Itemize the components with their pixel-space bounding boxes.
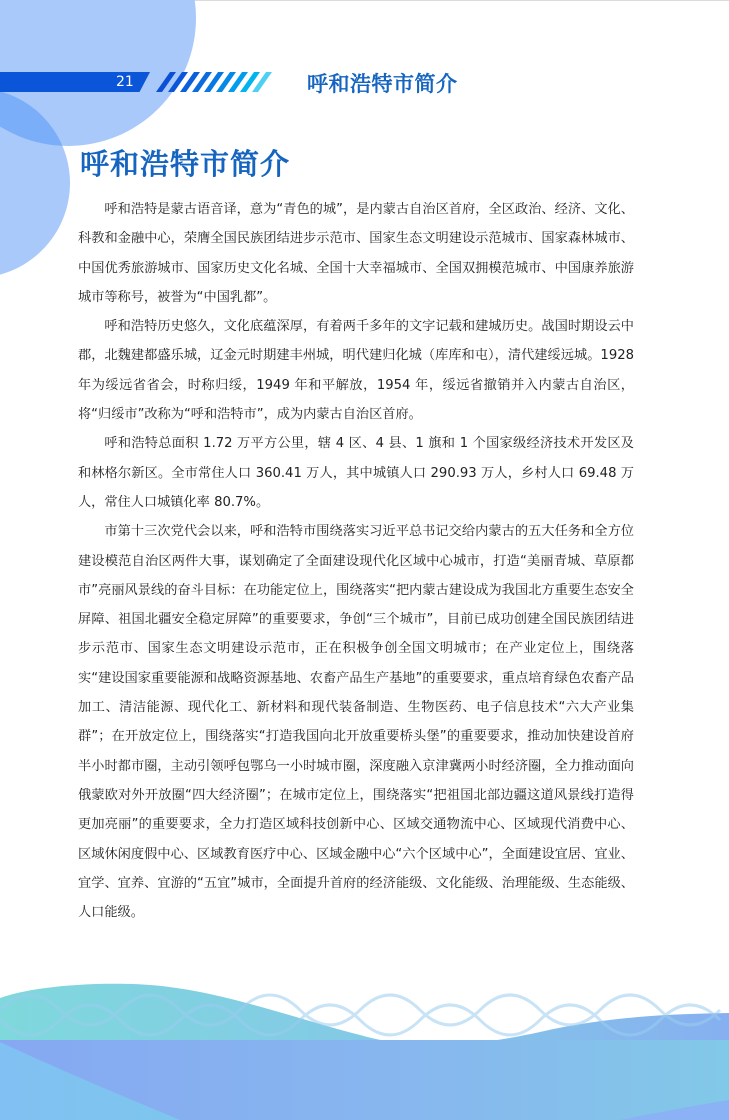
paragraph-population: 呼和浩特总面积 1.72 万平方公里，辖 4 区、4 县、1 旗和 1 个国家级… — [78, 429, 634, 517]
footer-wave-decoration — [0, 980, 729, 1120]
running-header-title: 呼和浩特市简介 — [307, 68, 458, 98]
decorative-circle-overlap — [0, 88, 70, 278]
page-title: 呼和浩特市简介 — [80, 142, 290, 183]
paragraph-history: 呼和浩特历史悠久，文化底蕴深厚，有着两千多年的文字记载和建城历史。战国时期设云中… — [78, 312, 634, 429]
page-number: 21 — [116, 72, 134, 92]
paragraph-intro: 呼和浩特是蒙古语音译，意为“青色的城”，是内蒙古自治区首府，全区政治、经济、文化… — [78, 195, 634, 312]
article-body: 呼和浩特是蒙古语音译，意为“青色的城”，是内蒙古自治区首府，全区政治、经济、文化… — [78, 195, 634, 927]
paragraph-development: 市第十三次党代会以来，呼和浩特市围绕落实习近平总书记交给内蒙古的五大任务和全方位… — [78, 517, 634, 927]
